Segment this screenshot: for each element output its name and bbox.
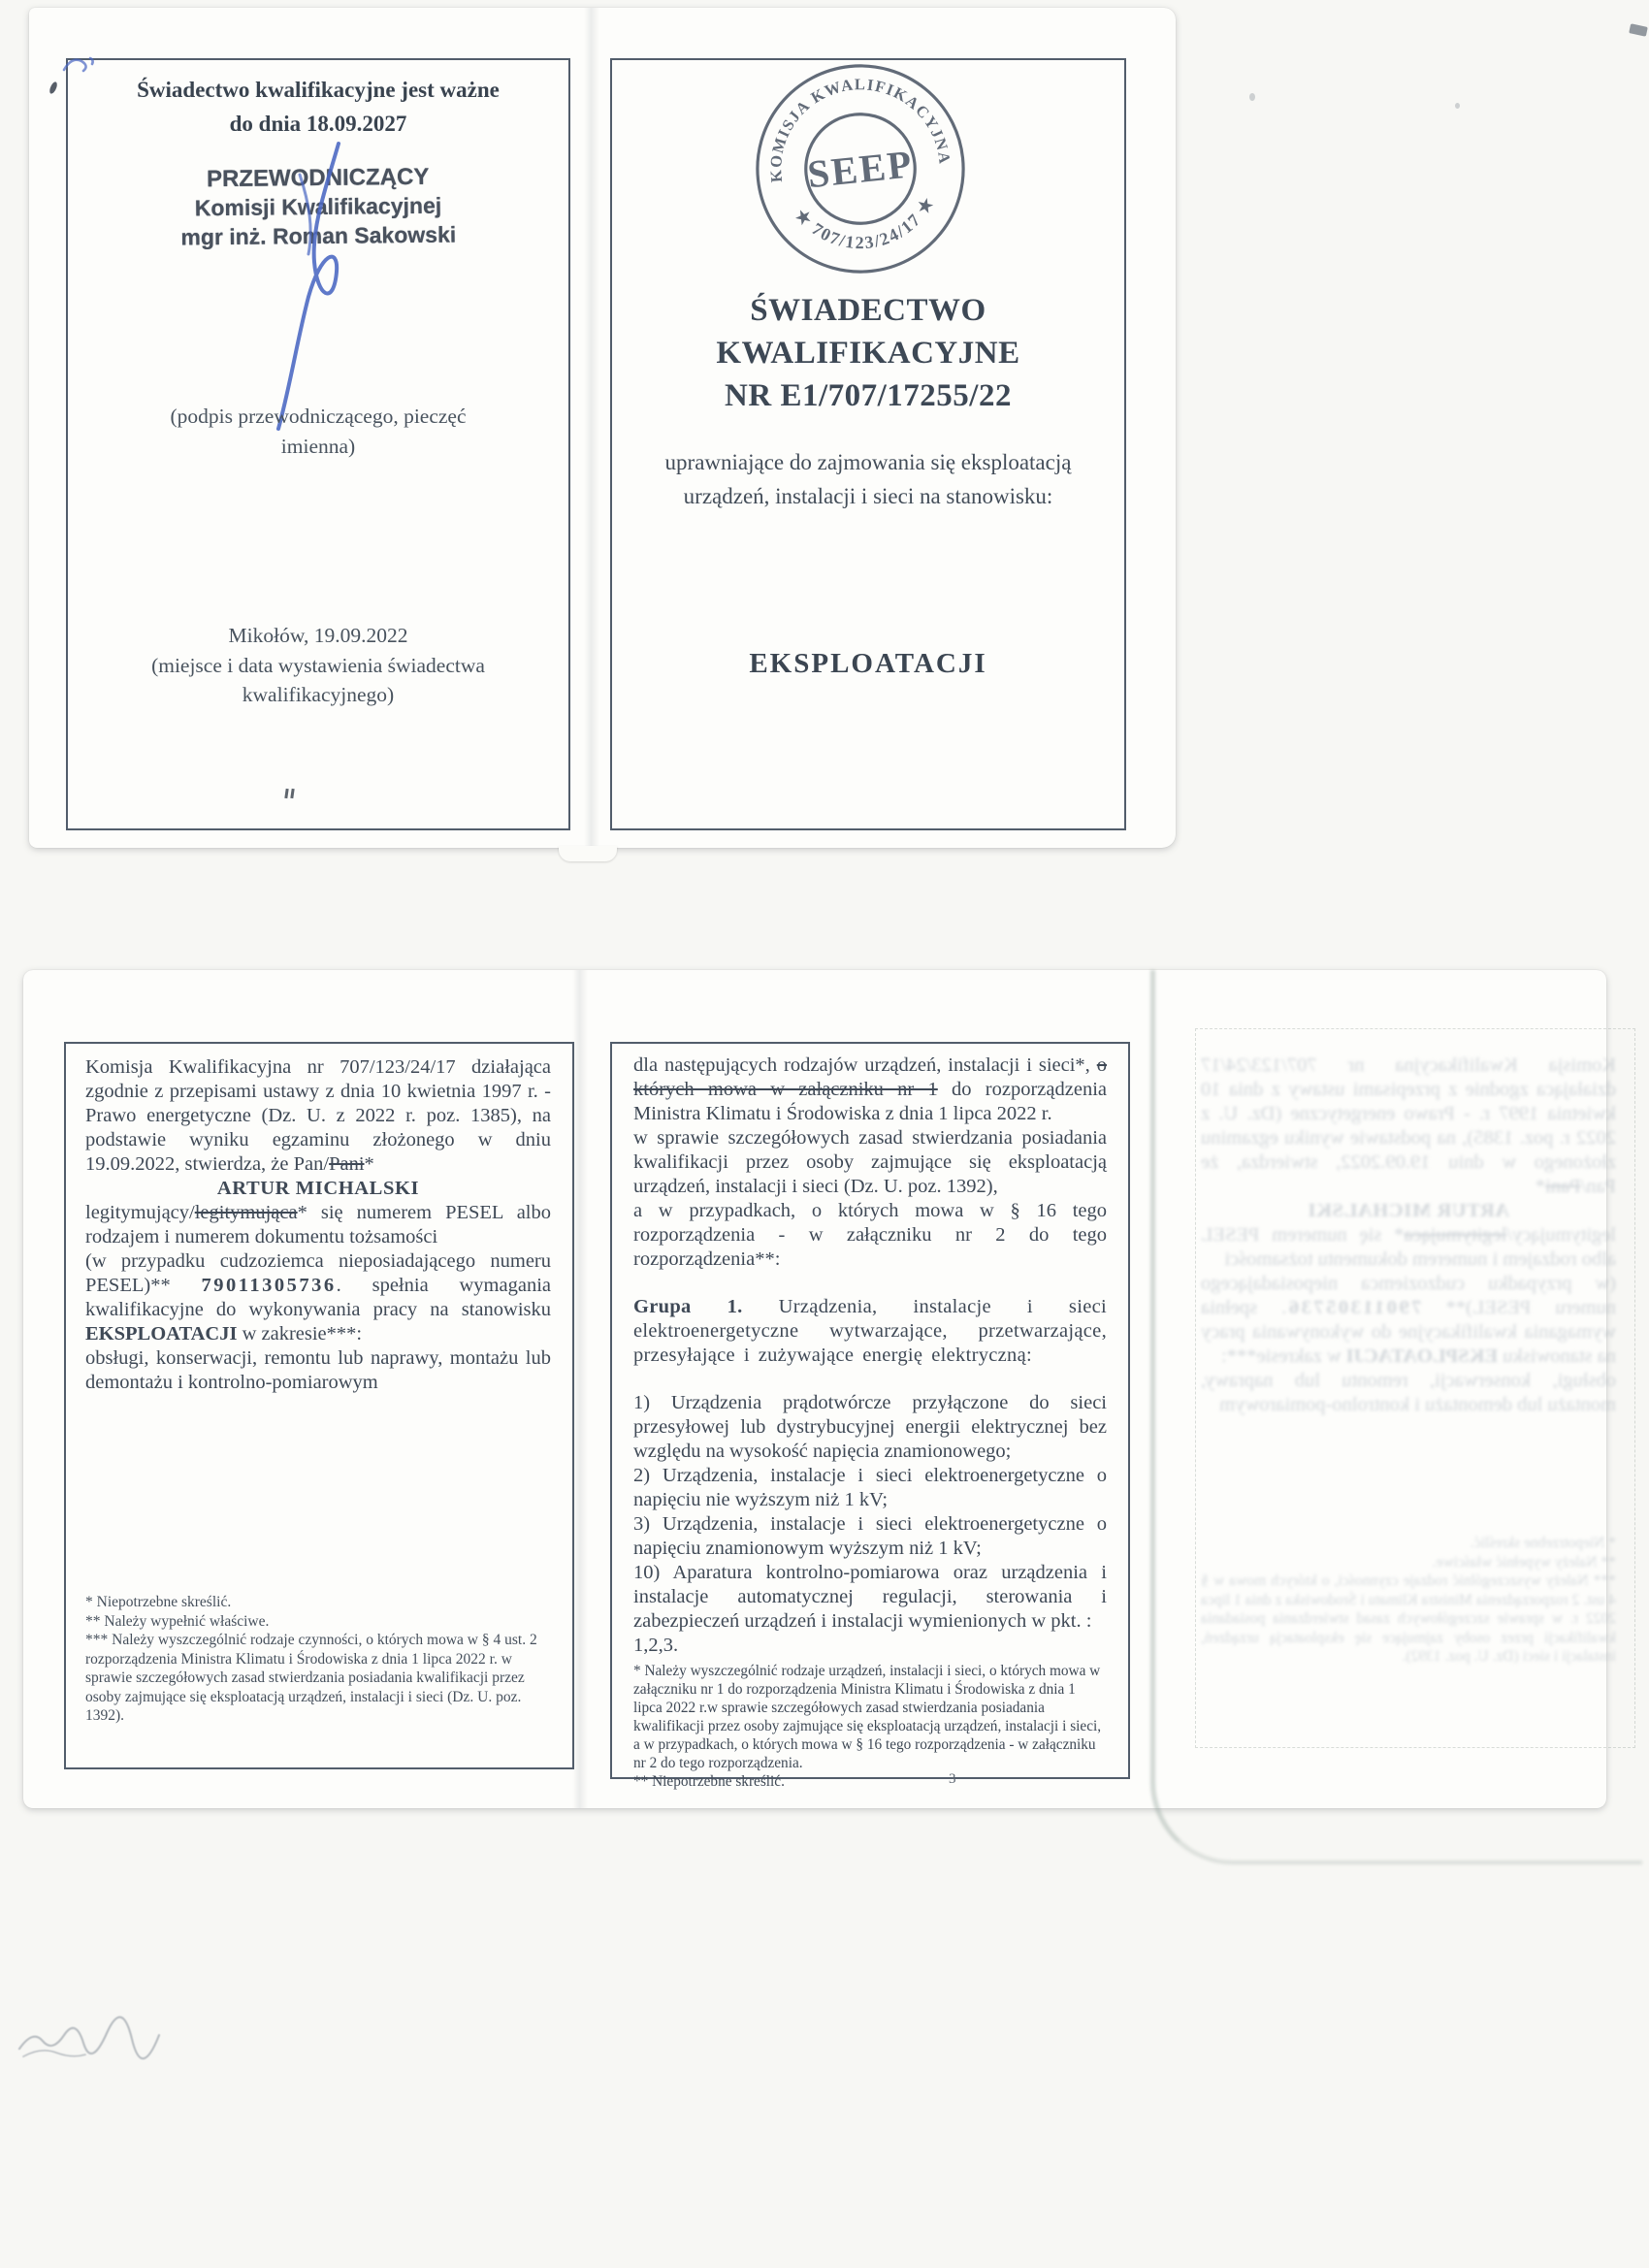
attestation-footnotes: * Niepotrzebne skreślić. ** Należy wypeł… bbox=[85, 1593, 547, 1726]
issue-place-date-block: Mikołów, 19.09.2022 (miejsce i data wyst… bbox=[68, 621, 568, 710]
certificate-subtitle-line-2: urządzeń, instalacji i sieci na stanowis… bbox=[612, 480, 1124, 514]
validity-statement: Świadectwo kwalifikacyjne jest ważne do … bbox=[68, 74, 568, 141]
pesel-number: 79011305736 bbox=[202, 1275, 337, 1296]
scope-body: dla następujących rodzajów urządzeń, ins… bbox=[633, 1053, 1107, 1791]
committee-seal-stamp-icon: KOMISJA KWALIFIKACYJNA ★ 707/123/24/17 ★… bbox=[725, 38, 996, 299]
validity-line-1: Świadectwo kwalifikacyjne jest ważne bbox=[68, 74, 568, 108]
attestation-intro: Komisja Kwalifikacyjna nr 707/123/24/17 … bbox=[85, 1055, 551, 1177]
validity-card: Świadectwo kwalifikacyjne jest ważne do … bbox=[66, 58, 570, 830]
group-item-10: 10) Aparatura kontrolno-pomiarowa oraz u… bbox=[633, 1561, 1107, 1634]
holder-name: ARTUR MICHALSKI bbox=[85, 1177, 551, 1201]
certificate-title-line-1: ŚWIADECTWO bbox=[612, 289, 1124, 332]
issue-place-date: Mikołów, 19.09.2022 bbox=[68, 621, 568, 651]
certificate-title: ŚWIADECTWO KWALIFIKACYJNE NR E1/707/1725… bbox=[612, 289, 1124, 418]
group-item-2: 2) Urządzenia, instalacje i sieci elektr… bbox=[633, 1464, 1107, 1512]
issue-caption-line-1: (miejsce i data wystawienia świadectwa bbox=[68, 651, 568, 681]
scope-regulation: w sprawie szczegółowych zasad stwierdzan… bbox=[633, 1126, 1107, 1199]
svg-text:★ 707/123/24/17 ★: ★ 707/123/24/17 ★ bbox=[790, 191, 942, 260]
scope-annex2-clause: a w przypadkach, o których mowa w § 16 t… bbox=[633, 1199, 1107, 1272]
scope-card: dla następujących rodzajów urządzeń, ins… bbox=[610, 1042, 1130, 1779]
attestation-card: Komisja Kwalifikacyjna nr 707/123/24/17 … bbox=[64, 1042, 574, 1769]
pesel-number-clause: (w przypadku cudzoziemca nieposiadająceg… bbox=[85, 1249, 551, 1346]
signature-caption: (podpis przewodniczącego, pieczęć imienn… bbox=[68, 402, 568, 461]
certificate-title-card: KOMISJA KWALIFIKACYJNA ★ 707/123/24/17 ★… bbox=[610, 58, 1126, 830]
scope-footnotes: * Należy wyszczególnić rodzaje urządzeń,… bbox=[633, 1662, 1107, 1791]
seal-ring-bottom-text: ★ 707/123/24/17 ★ bbox=[790, 191, 942, 260]
position-name: EKSPLOATACJI bbox=[612, 648, 1124, 680]
scope-of-work: obsługi, konserwacji, remontu lub napraw… bbox=[85, 1346, 551, 1395]
struck-word-legitymujaca: legitymująca bbox=[195, 1202, 298, 1223]
footnote-1: * Niepotrzebne skreślić. bbox=[85, 1593, 547, 1612]
bleedthrough-text: Komisja Kwalifikacyjna nr 707/123/24/17 … bbox=[1201, 1053, 1616, 1667]
pencil-scribble-icon bbox=[16, 2010, 190, 2068]
scanned-certificate-page: { "colors": { "ink": "#3f4956", "stamp_i… bbox=[0, 0, 1649, 2268]
validity-line-2: do dnia 18.09.2027 bbox=[68, 108, 568, 142]
position-bold: EKSPLOATACJI bbox=[85, 1323, 237, 1345]
page-number: 3 bbox=[949, 1771, 956, 1788]
signature-caption-line-1: (podpis przewodniczącego, pieczęć bbox=[68, 402, 568, 432]
attestation-body: Komisja Kwalifikacyjna nr 707/123/24/17 … bbox=[85, 1055, 551, 1395]
top-sheet-fold-crease bbox=[584, 8, 599, 848]
scope-intro: dla następujących rodzajów urządzeń, ins… bbox=[633, 1053, 1107, 1126]
pen-mark-icon bbox=[58, 49, 105, 78]
issue-caption-line-2: kwalifikacyjnego) bbox=[68, 680, 568, 710]
struck-word-pani: Pani bbox=[329, 1153, 364, 1175]
certificate-title-line-2: KWALIFIKACYJNE bbox=[612, 332, 1124, 374]
footnote-double-star: ** Niepotrzebne skreślić. bbox=[633, 1772, 1107, 1791]
footnote-3: *** Należy wyszczególnić rodzaje czynnoś… bbox=[85, 1631, 547, 1726]
group-item-10-tail: 1,2,3. bbox=[633, 1634, 1107, 1658]
bottom-sheet-fold-crease bbox=[572, 970, 588, 1808]
certificate-subtitle: uprawniające do zajmowania się eksploata… bbox=[612, 446, 1124, 513]
scan-speck bbox=[285, 786, 297, 796]
group-1-heading: Grupa 1. Urządzenia, instalacje i sieci … bbox=[633, 1295, 1107, 1368]
footnote-star: * Należy wyszczególnić rodzaje urządzeń,… bbox=[633, 1662, 1107, 1772]
top-sheet-fold-nub bbox=[559, 846, 617, 861]
group-item-3: 3) Urządzenia, instalacje i sieci elektr… bbox=[633, 1512, 1107, 1561]
scan-edge-artifact bbox=[1629, 23, 1648, 37]
footnote-2: ** Należy wypełnić właściwe. bbox=[85, 1612, 547, 1632]
scan-speck bbox=[1249, 93, 1255, 101]
certificate-subtitle-line-1: uprawniające do zajmowania się eksploata… bbox=[612, 446, 1124, 480]
pesel-clause: legitymujący/legitymująca* się numerem P… bbox=[85, 1201, 551, 1249]
seal-center-text: SEEP bbox=[805, 142, 915, 196]
signature-caption-line-2: imienna) bbox=[68, 432, 568, 462]
certificate-number: NR E1/707/17255/22 bbox=[612, 374, 1124, 417]
scan-speck bbox=[1455, 103, 1460, 109]
group-item-1: 1) Urządzenia prądotwórcze przyłączone d… bbox=[633, 1391, 1107, 1464]
